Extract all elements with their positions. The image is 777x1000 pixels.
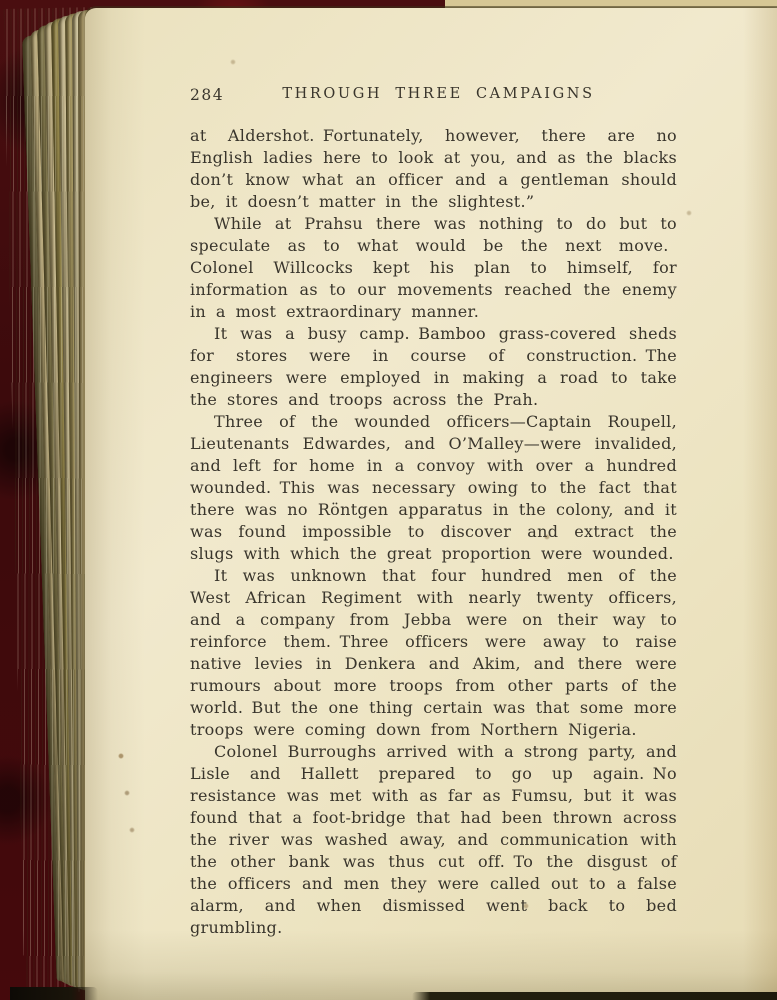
book-page: 284 THROUGH THREE CAMPAIGNS at Aldershot… bbox=[85, 8, 777, 1000]
page-content: 284 THROUGH THREE CAMPAIGNS at Aldershot… bbox=[190, 86, 677, 939]
page-header: 284 THROUGH THREE CAMPAIGNS bbox=[190, 86, 677, 108]
book-scan: { "page": { "number": "284", "running_ti… bbox=[0, 0, 777, 1000]
bottom-shadow-right bbox=[412, 992, 777, 1000]
bottom-shadow-left bbox=[10, 987, 98, 1000]
paragraph: at Aldershot. Fortunately, however, ther… bbox=[190, 125, 677, 213]
paragraph: It was a busy camp. Bamboo grass-covered… bbox=[190, 323, 677, 411]
page-number: 284 bbox=[190, 86, 224, 104]
paragraph: It was unknown that four hundred men of … bbox=[190, 565, 677, 741]
paragraph: Colonel Burroughs arrived with a strong … bbox=[190, 741, 677, 939]
paragraph: While at Prahsu there was nothing to do … bbox=[190, 213, 677, 323]
text-block: at Aldershot. Fortunately, however, ther… bbox=[190, 125, 677, 939]
running-title: THROUGH THREE CAMPAIGNS bbox=[190, 86, 677, 102]
paragraph: Three of the wounded officers—Captain Ro… bbox=[190, 411, 677, 565]
